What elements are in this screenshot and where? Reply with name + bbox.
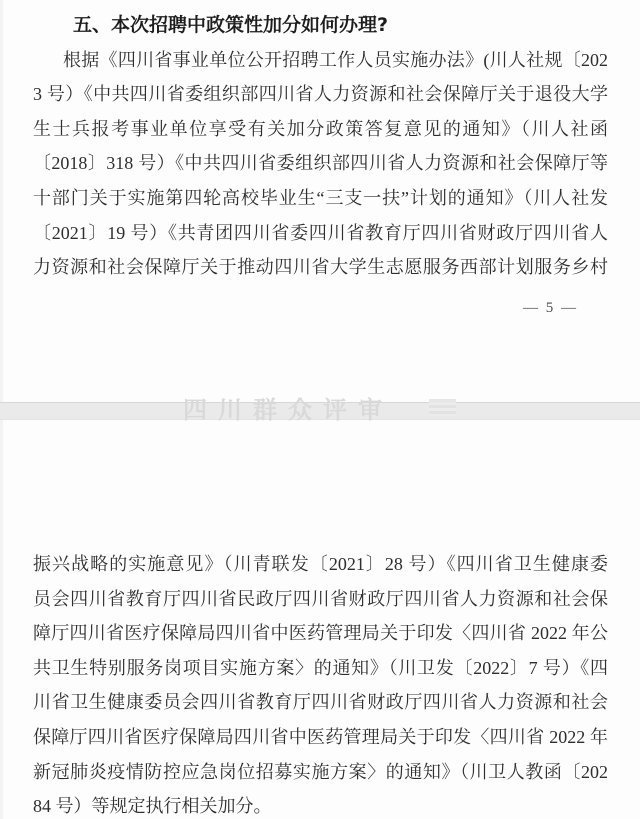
text-line: 〔2018〕318 号）《中共四川省委组织部四川省人力资源和社会保障厅等 [33, 146, 608, 181]
page-5-text-block: 五、本次招聘中政策性加分如何办理? 根据《四川省事业单位公开招聘工作人员实施办法… [33, 8, 608, 285]
document-page: 五、本次招聘中政策性加分如何办理? 根据《四川省事业单位公开招聘工作人员实施办法… [0, 0, 640, 819]
watermark-badge-icon [429, 399, 456, 416]
page-5-paragraph-lines: 根据《四川省事业单位公开招聘工作人员实施办法》(川人社规〔2024〕3 号）《中… [33, 43, 608, 285]
page-6-paragraph-lines: 振兴战略的实施意见》（川青联发〔2021〕28 号）《四川省卫生健康委员会四川省… [33, 547, 608, 819]
text-line: 3 号）《中共四川省委组织部四川省人力资源和社会保障厅关于退役大学 [33, 77, 608, 112]
text-line: 新冠肺炎疫情防控应急岗位招募实施方案〉的通知》（川卫人教函〔2022〕 [33, 755, 608, 790]
text-line: 员会四川省教育厅四川省民政厅四川省财政厅四川省人力资源和社会保 [33, 582, 608, 617]
text-line: 振兴战略的实施意见》（川青联发〔2021〕28 号）《四川省卫生健康委 [33, 547, 608, 582]
text-line: 川省卫生健康委员会四川省教育厅四川省财政厅四川省人力资源和社会 [33, 685, 608, 720]
text-line: 〔2021〕19 号）《共青团四川省委四川省教育厅四川省财政厅四川省人 [33, 216, 608, 251]
text-line: 保障厅四川省医疗保障局四川省中医药管理局关于印发〈四川省 2022 年 [33, 720, 608, 755]
text-line: 根据《四川省事业单位公开招聘工作人员实施办法》(川人社规〔2024〕 [33, 43, 608, 78]
text-line: 84 号）等规定执行相关加分。 [33, 789, 608, 819]
section-heading: 五、本次招聘中政策性加分如何办理? [33, 8, 608, 43]
watermark-text: 四川群众评审 [183, 390, 393, 425]
text-line: 障厅四川省医疗保障局四川省中医药管理局关于印发〈四川省 2022 年公 [33, 616, 608, 651]
text-line: 力资源和社会保障厅关于推动四川省大学生志愿服务西部计划服务乡村 [33, 250, 608, 285]
text-line: 共卫生特别服务岗项目实施方案〉的通知》（川卫发〔2022〕7 号）《四 [33, 651, 608, 686]
text-line: 十部门关于实施第四轮高校毕业生“三支一扶”计划的通知》（川人社发 [33, 181, 608, 216]
page-6-text-block: 振兴战略的实施意见》（川青联发〔2021〕28 号）《四川省卫生健康委员会四川省… [33, 547, 608, 819]
page-number: — 5 — [523, 300, 578, 317]
text-line: 生士兵报考事业单位享受有关加分政策答复意见的通知》（川人社函 [33, 112, 608, 147]
